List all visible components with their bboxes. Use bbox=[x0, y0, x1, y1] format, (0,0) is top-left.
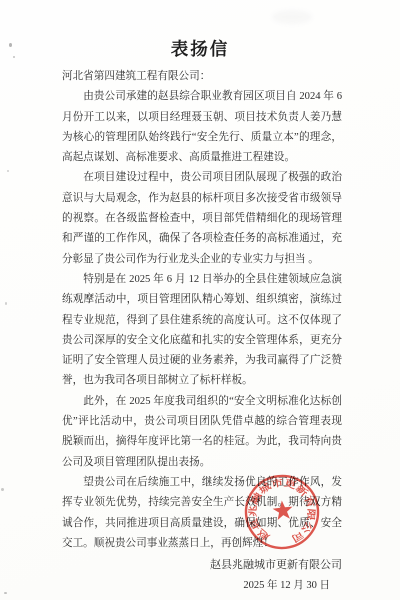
company-seal-stamp: 赵县兆融城市更新有限公司 bbox=[236, 466, 328, 558]
scan-speck bbox=[4, 592, 7, 594]
scan-speck bbox=[13, 56, 15, 58]
scan-speck bbox=[5, 302, 7, 305]
scan-speck bbox=[7, 170, 9, 172]
scan-speck bbox=[9, 43, 12, 47]
star-icon bbox=[272, 499, 294, 520]
salutation: 河北省第四建筑工程有限公司： bbox=[62, 67, 342, 87]
scan-speck bbox=[1, 488, 4, 491]
body-paragraph: 特别是在 2025 年 6 月 12 日举办的全县住建领域应急演练观摩活动中，项… bbox=[62, 270, 342, 392]
body-paragraph: 此外，在 2025 年度我司组织的“安全文明标准化达标创优”评比活动中，贵公司项… bbox=[62, 392, 342, 473]
body-paragraph: 由贵公司承建的赵县综合职业教育园区项目自 2024 年 6 月份开工以来，以项目… bbox=[62, 87, 342, 168]
signature-company: 赵县兆融城市更新有限公司 bbox=[0, 557, 342, 573]
body-paragraph: 在项目建设过程中，贵公司项目团队展现了极强的政治意识与大局观念，作为赵县的标杆项… bbox=[62, 168, 342, 269]
scan-smudge bbox=[272, 10, 312, 24]
signature-date: 2025 年 12 月 30 日 bbox=[0, 578, 330, 594]
letter-page: 表扬信 河北省第四建筑工程有限公司： 由贵公司承建的赵县综合职业教育园区项目自 … bbox=[0, 0, 400, 600]
letter-title: 表扬信 bbox=[0, 0, 400, 61]
signature-block: 赵县兆融城市更新有限公司 2025 年 12 月 30 日 bbox=[0, 557, 342, 594]
